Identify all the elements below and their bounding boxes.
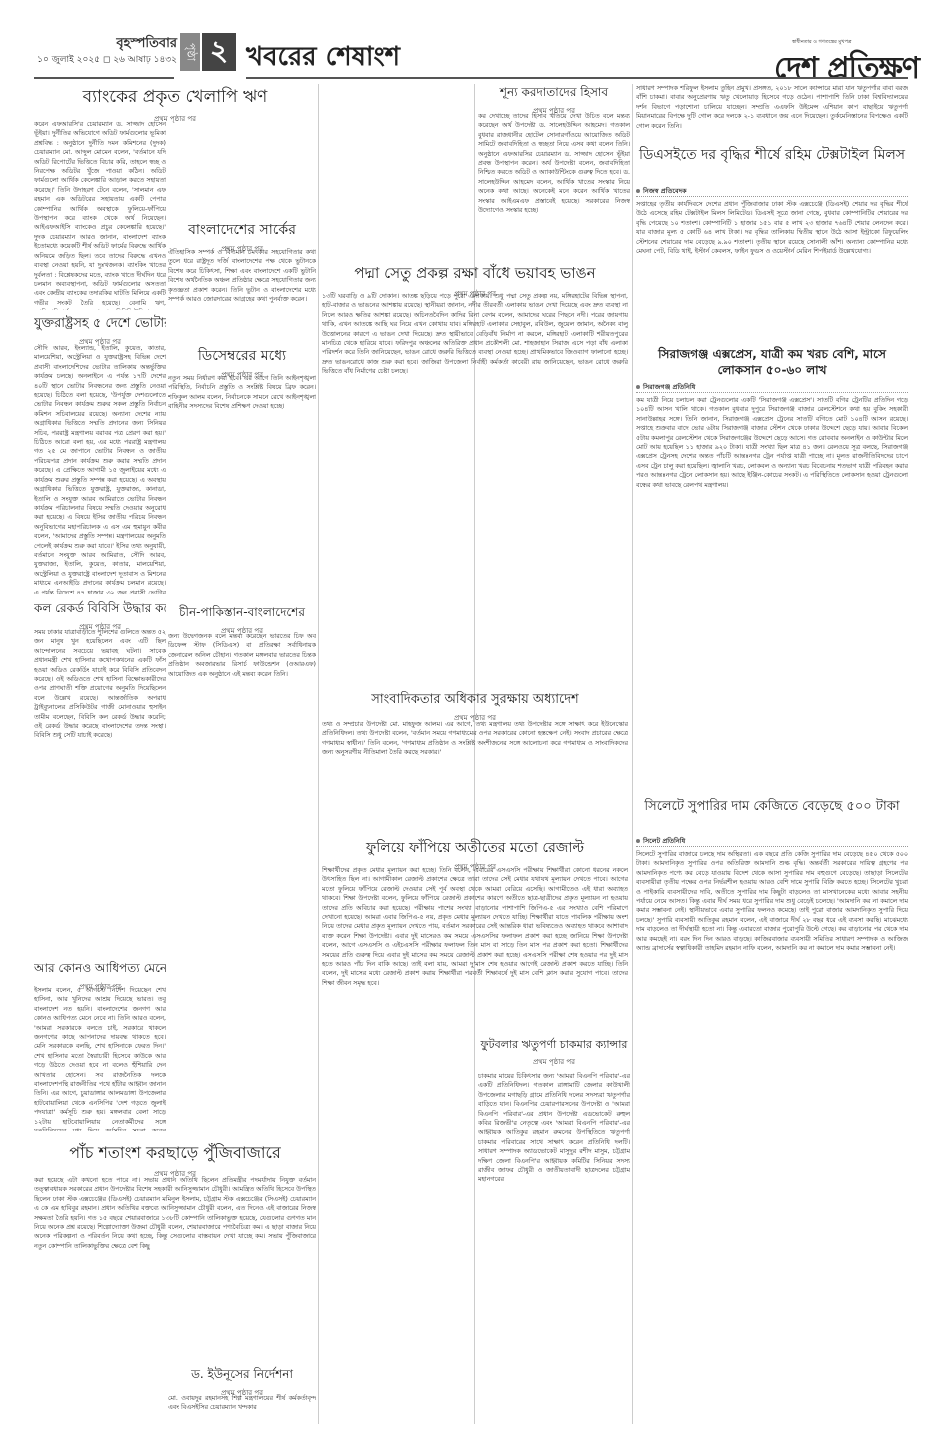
masthead-rule: [34, 77, 174, 79]
article-body: সপ্তাহের তৃতীয় কার্যদিবসে দেশের প্রধান …: [636, 200, 908, 340]
divider: [636, 196, 908, 197]
article-body: সৌদি আরব, ইংল্যান্ড, ইতালি, কুয়েত, কাতা…: [34, 344, 166, 594]
article-body: চাকমার মায়ের চিকিৎসার জন্য 'আমরা বিএনপি…: [478, 1072, 630, 1430]
article-headline: ডিএসইতে দর বৃদ্ধির শীর্ষে রহিম টেক্সটাইল…: [636, 146, 908, 164]
article-body: করেন এফআরসি'র চেয়ারম্যান ড. সাজ্জাদ হোস…: [34, 120, 166, 310]
article-headline: যুক্তরাষ্ট্রসহ ৫ দেশে ভোটার নিবন্ধন প্রথ…: [34, 314, 166, 348]
page-number: ২: [202, 33, 236, 71]
masthead-rule: [246, 77, 908, 79]
divider: [636, 846, 908, 847]
article-body-lead: [322, 84, 472, 234]
article-body: সিলেটে সুপারির বাজারে চলছে দাম অস্থিরতা।…: [636, 850, 908, 1420]
column-divider: [632, 84, 633, 1424]
article-headline: ফুটবলার ঋতুপর্ণা চাকমার ক্যান্সার প্রথম …: [478, 1036, 630, 1068]
article-body: নতুন সময় নির্ধারণ করা হবে। এর আগে তিনি …: [168, 374, 316, 599]
issue-date: ১০ জুলাই ২০২৫ ◻ ২৬ আষাঢ় ১৪৩২: [37, 52, 177, 67]
masthead: বৃহস্পতিবার ১০ জুলাই ২০২৫ ◻ ২৬ আষাঢ় ১৪৩…: [0, 0, 945, 80]
column-divider: [318, 84, 319, 1424]
article-body: কর দেখাচ্ছে তাদের হিসাব খতিয়ে দেখা উচিত…: [478, 112, 630, 812]
article-body: কম যাত্রী নিয়ে চলাচল করা ট্রেনগুলোর একট…: [636, 396, 908, 786]
section-title: খবরের শেষাংশ: [246, 36, 400, 80]
article-body: ইসলাম বলেন, ৫ আগস্টে নির্দেশ দিয়েছেন শে…: [34, 986, 166, 1131]
article-body: সময় ঢাকার যাত্রাবাড়ীতে পুলিশের গুলিতে …: [34, 628, 166, 958]
article-headline: সিলেটে সুপারির দাম কেজিতে বেড়েছে ৫০০ টা…: [636, 798, 908, 815]
article-body: ঐতিহাসিক সম্পর্ক ও বিদ্যমান চমৎকার সহযোগ…: [168, 248, 316, 338]
divider: [636, 392, 908, 393]
article-headline: পাঁচ শতাংশ করছাড়ে পুঁজিবাজারে প্রথম পৃষ…: [34, 1140, 316, 1180]
page-label: পৃষ্ঠা: [180, 33, 200, 71]
article-body: মো. ওবায়দুর রহমানসহ শিল্প মন্ত্রণালয়ের…: [168, 1394, 316, 1430]
article-body: সাধারণ সম্পাদক শরিফুল ইসলাম তুহিন প্রমুখ…: [636, 84, 908, 144]
article-headline: ব্যাংকের প্রকৃত খেলাপি ঋণ প্রথম পৃষ্ঠার …: [34, 84, 316, 125]
article-headline: সিরাজগঞ্জ এক্সপ্রেস, যাত্রী কম খরচ বেশি,…: [636, 346, 908, 378]
